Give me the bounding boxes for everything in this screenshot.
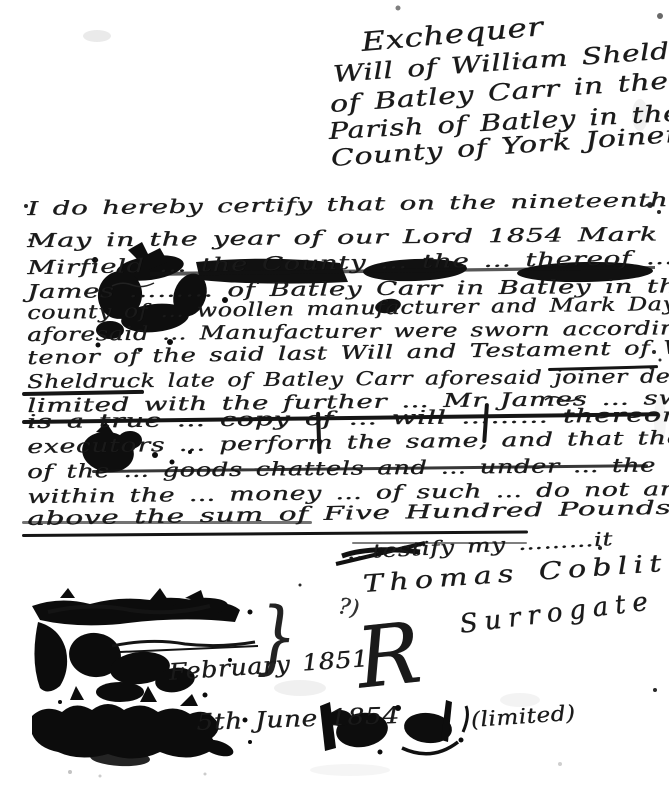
- surrogate-title: Surrogate: [458, 586, 656, 640]
- body-line: Mirfield … the County … the … thereof … …: [27, 246, 669, 279]
- probate-note: (limited): [470, 701, 576, 732]
- strike-through-partial: [22, 521, 312, 524]
- scanned-will-document: Exchequer Will of William Sheldruck of B…: [0, 0, 669, 786]
- body-line: I do hereby certify that on the nineteen…: [27, 188, 669, 220]
- ink-stamp-blob: [32, 588, 258, 704]
- probate-date: 5th June 1854: [196, 703, 400, 736]
